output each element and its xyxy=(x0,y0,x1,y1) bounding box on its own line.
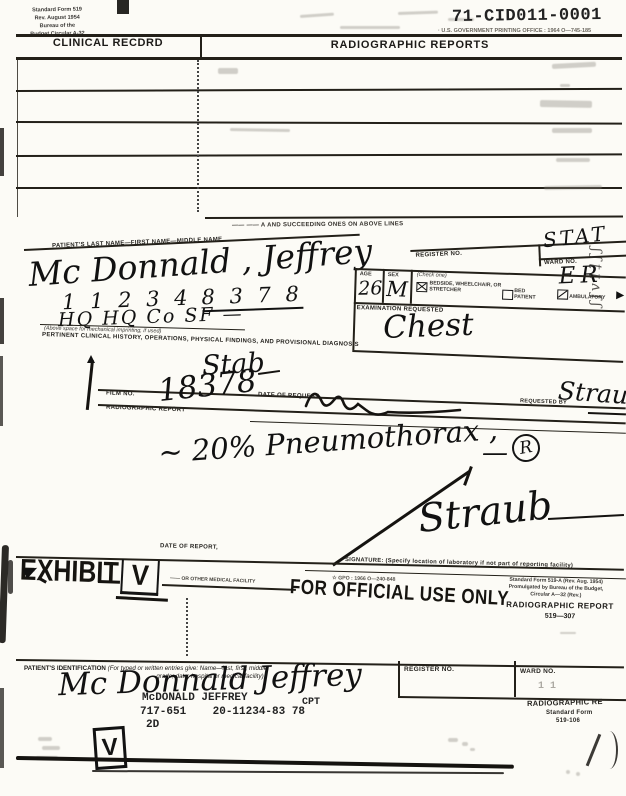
exhibit-letter: V xyxy=(131,558,150,593)
bedside-option-label: BEDSIDE, WHEELCHAIR, OR STRETCHER xyxy=(429,280,501,294)
date-scrawl xyxy=(298,376,468,420)
bed-patient-checkbox xyxy=(502,290,513,300)
bedside-checkbox xyxy=(416,282,427,292)
id-typed-numbers: 717-651 20-11234-83 78 xyxy=(140,706,305,718)
scanned-radiographic-report: Standard Form 519 Rev. August 1954 Burea… xyxy=(0,0,626,796)
arrow-mark xyxy=(616,291,624,299)
exam-box-bottom-rule xyxy=(352,350,623,362)
scan-edge-line xyxy=(92,770,504,774)
register-ward-divider xyxy=(538,244,541,266)
age-value-handwritten: 26 xyxy=(358,277,383,300)
check-one-note: (Check one) xyxy=(417,272,447,279)
register-no-label: REGISTER NO. xyxy=(415,251,462,259)
pen-arrowhead xyxy=(87,355,95,363)
scan-artifact xyxy=(470,748,475,751)
scan-artifact xyxy=(0,545,9,643)
examination-value-handwritten: Chest xyxy=(382,307,474,346)
scan-artifact xyxy=(218,68,238,74)
fouo-stamp: FOR OFFICIAL USE ONLY xyxy=(289,575,509,611)
case-number: 71-CID011-0001 xyxy=(452,6,602,27)
continuation-note: —— —— A AND SUCCEEDING ONES ON ABOVE LIN… xyxy=(232,221,403,228)
scan-artifact xyxy=(300,13,334,18)
examination-box: AGE 26 SEX M (Check one) BEDSIDE, WHEELC… xyxy=(352,266,626,369)
form-report-title: RADIOGRAPHIC REPORT xyxy=(500,600,620,611)
sex-value-handwritten: M xyxy=(386,277,408,302)
stray-marks: 1 1 xyxy=(538,681,556,692)
finding-handwritten: ~ 20% Pneumothorax , xyxy=(157,412,498,470)
scan-artifact xyxy=(576,772,580,776)
exhibit-rule xyxy=(162,584,296,590)
pen-stroke xyxy=(604,731,618,769)
exhibit-note: —— OR OTHER MEDICAL FACILITY xyxy=(170,575,256,584)
exhibit-underline xyxy=(116,596,168,601)
v-stamp: V xyxy=(93,726,128,770)
form-id-block: Standard Form 519-A (Rev. Aug. 1954) Pro… xyxy=(486,576,626,601)
side-dash: — xyxy=(482,438,508,468)
id-typed-name: McDONALD JEFFREY xyxy=(142,692,248,704)
dotted-column-rule xyxy=(197,60,199,212)
left-border-rule xyxy=(17,57,18,217)
signature-label: SIGNATURE: (Specify location of laborato… xyxy=(345,557,573,569)
form-report-number: 519—307 xyxy=(500,612,620,621)
sex-cell-divider xyxy=(410,270,413,304)
scan-artifact xyxy=(540,100,592,108)
pen-stroke xyxy=(586,734,601,766)
scan-artifact xyxy=(117,0,129,14)
id-register-divider xyxy=(398,661,400,697)
film-no-label: FILM NO. xyxy=(106,391,135,398)
ambulatory-checkbox xyxy=(557,289,568,299)
scan-artifact xyxy=(0,298,4,344)
ruled-line xyxy=(16,121,622,125)
id-ward-no-label: WARD NO. xyxy=(520,668,556,675)
scan-artifact xyxy=(556,158,590,162)
scan-artifact xyxy=(560,632,576,634)
scan-artifact xyxy=(0,356,3,426)
id-right-title: RADIOGRAPHIC RE xyxy=(527,697,603,708)
id-right-form: Standard Form xyxy=(546,710,593,716)
requested-by-signature: Straub xyxy=(557,376,626,411)
clinical-record-title: CLINICAL RECDRD xyxy=(16,37,200,49)
ruled-line-partial xyxy=(205,216,623,220)
scan-artifact xyxy=(38,737,52,741)
scan-artifact xyxy=(560,84,570,87)
scan-artifact xyxy=(230,128,290,132)
radiographic-reports-title: RADIOGRAPHIC REPORTS xyxy=(200,39,620,51)
scan-artifact xyxy=(544,185,602,190)
scan-artifact xyxy=(0,128,4,176)
date-of-report-label: DATE OF REPORT, xyxy=(160,543,218,551)
scan-artifact xyxy=(8,560,13,594)
ruled-line xyxy=(16,153,622,157)
id-typed-code: 2D xyxy=(146,719,159,731)
scan-artifact xyxy=(552,62,596,69)
clinical-history-label: PERTINENT CLINICAL HISTORY, OPERATIONS, … xyxy=(42,332,359,348)
film-no-value-handwritten: 18378 xyxy=(156,363,258,409)
margin-vertical-marks: ʃʃʈʈʌʃʃ xyxy=(588,248,604,310)
dotted-column-rule xyxy=(186,598,188,656)
scan-artifact xyxy=(398,11,438,15)
right-side-marker: R xyxy=(510,432,542,464)
bed-patient-option-label: BED PATIENT xyxy=(514,288,544,301)
exhibit-letter-box: V xyxy=(120,559,160,596)
scan-artifact xyxy=(566,770,570,774)
ruled-line xyxy=(16,187,622,189)
signature-flourish xyxy=(588,412,626,415)
scan-artifact xyxy=(448,738,458,742)
scan-artifact xyxy=(42,746,60,750)
ruled-line xyxy=(16,88,622,92)
scan-artifact xyxy=(462,742,468,746)
scan-artifact xyxy=(552,128,592,133)
id-ward-divider xyxy=(514,661,516,697)
id-register-no-label: REGISTER NO. xyxy=(404,666,454,673)
scan-artifact xyxy=(340,26,400,29)
pen-stroke xyxy=(86,360,94,410)
scan-artifact xyxy=(0,688,4,768)
scan-edge-line xyxy=(16,756,514,768)
header-bottom-rule xyxy=(16,57,622,60)
signature-flourish xyxy=(548,514,624,520)
id-right-number: 519-106 xyxy=(556,718,580,724)
